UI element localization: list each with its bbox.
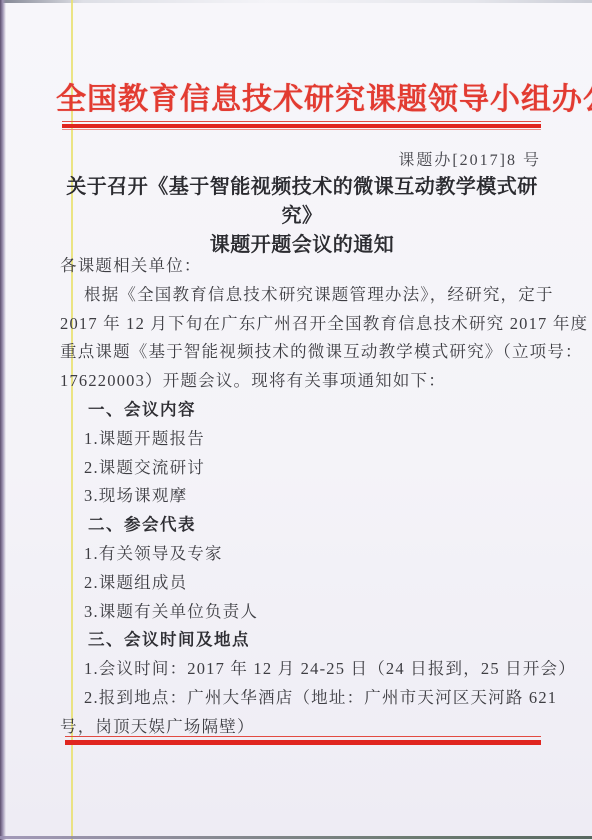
letterhead-rule-thin-top <box>62 121 541 122</box>
list-item: 3.课题有关单位负责人 <box>60 598 542 627</box>
intro-line: 176220003）开题会议。现将有关事项通知如下： <box>60 367 542 396</box>
footer-rule-thin-top <box>65 736 541 737</box>
footer-rule <box>65 736 541 745</box>
list-item: 1.课题开题报告 <box>60 425 542 454</box>
list-item: 2.课题组成员 <box>60 569 542 598</box>
letterhead-office-name: 全国教育信息技术研究课题领导小组办公室 <box>56 74 548 118</box>
section-heading: 三、会议时间及地点 <box>60 626 542 655</box>
scan-left-edge <box>0 0 6 840</box>
intro-line: 重点课题《基于智能视频技术的微课互动教学模式研究》（立项号： <box>60 338 542 367</box>
section-heading: 二、参会代表 <box>60 511 542 540</box>
list-item: 1.有关领导及专家 <box>60 540 542 569</box>
scan-bottom-edge <box>0 836 592 839</box>
document-number: 课题办[2017]8 号 <box>60 147 541 170</box>
scanned-document-page: 全国教育信息技术研究课题领导小组办公室 课题办[2017]8 号 关于召开《基于… <box>0 0 592 840</box>
intro-paragraph: 根据《全国教育信息技术研究课题管理办法》，经研究，定于 2017 年 12 月下… <box>60 281 542 396</box>
notice-title-line1: 关于召开《基于智能视频技术的微课互动教学模式研究》 <box>56 173 548 231</box>
list-item: 2.报到地点：广州大华酒店（地址：广州市天河区天河路 621 <box>60 684 542 713</box>
scan-top-edge <box>0 0 592 3</box>
notice-title: 关于召开《基于智能视频技术的微课互动教学模式研究》 课题开题会议的通知 <box>56 173 548 260</box>
section-meeting-content: 一、会议内容 1.课题开题报告 2.课题交流研讨 3.现场课观摩 <box>60 396 542 511</box>
letterhead-rule <box>62 121 541 130</box>
list-item: 2.课题交流研讨 <box>60 454 542 483</box>
footer-rule-thick <box>65 740 541 745</box>
section-heading: 一、会议内容 <box>60 396 542 425</box>
intro-line: 2017 年 12 月下旬在广东广州召开全国教育信息技术研究 2017 年度 <box>60 310 542 339</box>
section-time-place: 三、会议时间及地点 1.会议时间：2017 年 12 月 24-25 日（24 … <box>60 626 542 741</box>
salutation: 各课题相关单位： <box>60 252 542 281</box>
notice-body: 各课题相关单位： 根据《全国教育信息技术研究课题管理办法》，经研究，定于 201… <box>60 252 542 742</box>
list-item: 1.会议时间：2017 年 12 月 24-25 日（24 日报到，25 日开会… <box>60 655 542 684</box>
letterhead-rule-thin-bottom <box>62 129 541 130</box>
letterhead-rule-thick <box>62 124 541 128</box>
list-item: 3.现场课观摩 <box>60 482 542 511</box>
intro-line: 根据《全国教育信息技术研究课题管理办法》，经研究，定于 <box>60 281 542 310</box>
section-participants: 二、参会代表 1.有关领导及专家 2.课题组成员 3.课题有关单位负责人 <box>60 511 542 626</box>
